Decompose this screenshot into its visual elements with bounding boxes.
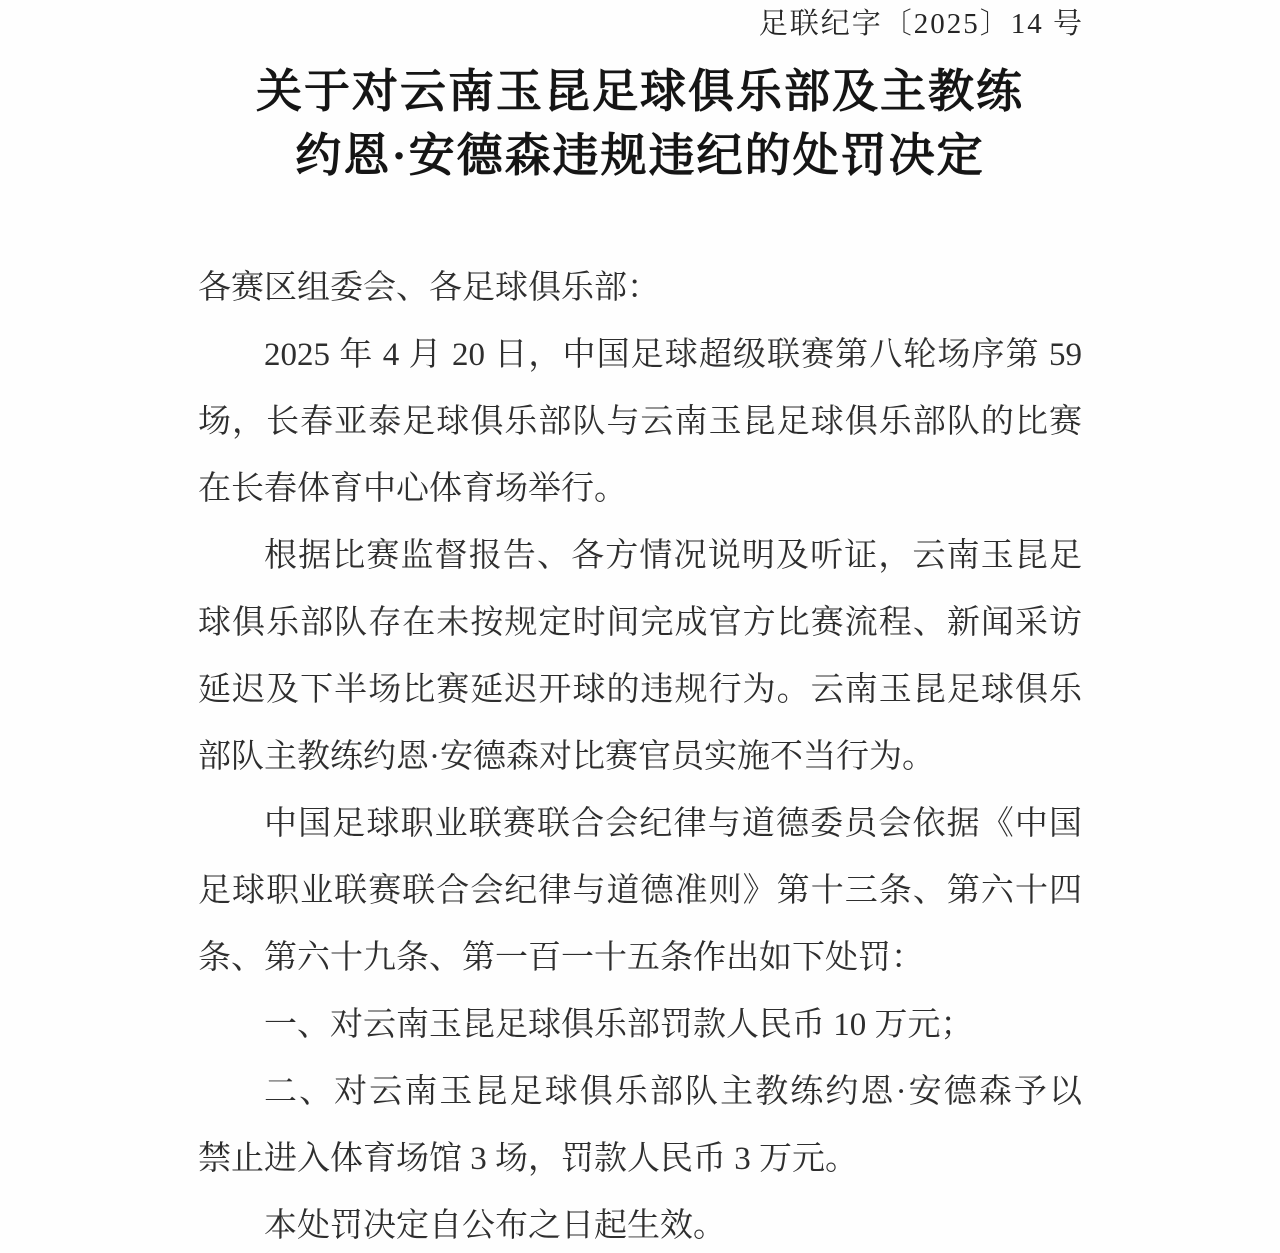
text-line: 一、对云南玉昆足球俱乐部罚款人民币 10 万元； — [198, 992, 1082, 1059]
doc-number: 足联纪字〔2025〕14 号 — [759, 6, 1084, 42]
text-line: 禁止进入体育场馆 3 场，罚款人民币 3 万元。 — [198, 1126, 1082, 1193]
text-line: 条、第六十九条、第一百一十五条作出如下处罚： — [198, 925, 1082, 992]
text-line: 本处罚决定自公布之日起生效。 — [198, 1193, 1082, 1253]
scanned-document-page: 足联纪字〔2025〕14 号 关于对云南玉昆足球俱乐部及主教练 约恩·安德森违规… — [0, 0, 1280, 1253]
text-line: 二、对云南玉昆足球俱乐部队主教练约恩·安德森予以 — [198, 1059, 1082, 1126]
text-line: 球俱乐部队存在未按规定时间完成官方比赛流程、新闻采访 — [198, 590, 1082, 657]
document-body: 各赛区组委会、各足球俱乐部：2025 年 4 月 20 日，中国足球超级联赛第八… — [198, 255, 1082, 1253]
text-line: 延迟及下半场比赛延迟开球的违规行为。云南玉昆足球俱乐 — [198, 657, 1082, 724]
text-line: 足球职业联赛联合会纪律与道德准则》第十三条、第六十四 — [198, 858, 1082, 925]
text-line: 在长春体育中心体育场举行。 — [198, 456, 1082, 523]
text-line: 根据比赛监督报告、各方情况说明及听证，云南玉昆足 — [198, 523, 1082, 590]
text-line: 部队主教练约恩·安德森对比赛官员实施不当行为。 — [198, 724, 1082, 791]
text-line: 中国足球职业联赛联合会纪律与道德委员会依据《中国 — [198, 791, 1082, 858]
title-line-2: 约恩·安德森违规违纪的处罚决定 — [0, 124, 1280, 188]
text-line: 2025 年 4 月 20 日，中国足球超级联赛第八轮场序第 59 — [198, 322, 1082, 389]
text-line: 场，长春亚泰足球俱乐部队与云南玉昆足球俱乐部队的比赛 — [198, 389, 1082, 456]
title-line-1: 关于对云南玉昆足球俱乐部及主教练 — [0, 60, 1280, 124]
text-line: 各赛区组委会、各足球俱乐部： — [198, 255, 1082, 322]
document-title: 关于对云南玉昆足球俱乐部及主教练 约恩·安德森违规违纪的处罚决定 — [0, 60, 1280, 188]
